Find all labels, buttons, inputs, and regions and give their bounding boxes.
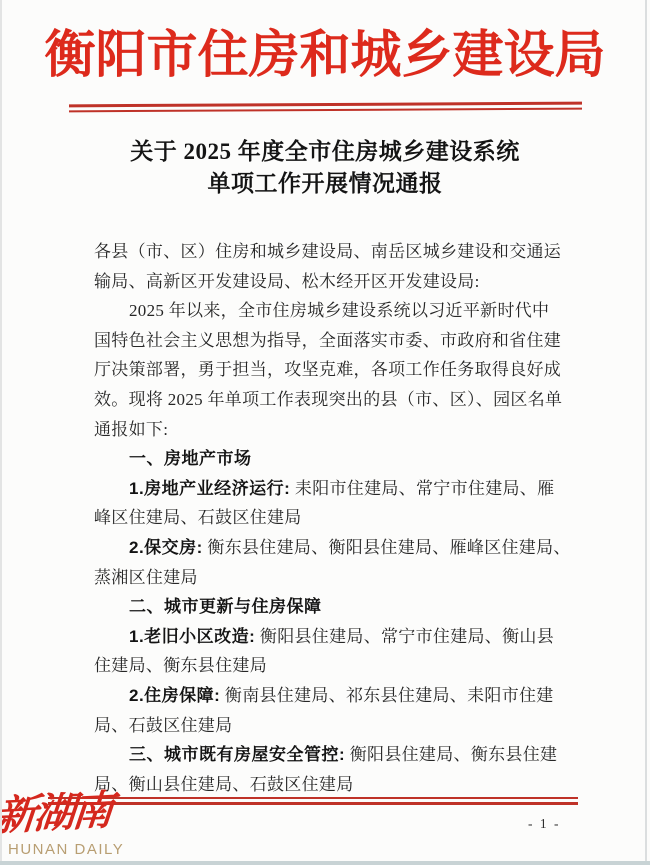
document-title: 关于 2025 年度全市住房城乡建设系统 单项工作开展情况通报 [0, 136, 650, 200]
document-title-line2: 单项工作开展情况通报 [0, 168, 650, 200]
line-regular-text: 耒阳市住建局、常宁市住建局、雁 [290, 479, 554, 498]
document-title-line1: 关于 2025 年度全市住房城乡建设系统 [0, 136, 650, 168]
line-regular-text: 住建局、衡东县住建局 [94, 656, 267, 675]
line-regular-text: 峰区住建局、石鼓区住建局 [94, 508, 302, 527]
line-bold-text: 2.保交房: [129, 538, 203, 557]
body-line: 蒸湘区住建局 [94, 563, 564, 593]
body-line: 住建局、衡东县住建局 [94, 651, 564, 681]
hunan-daily-logo: 新湖南 HUNAN DAILY [0, 786, 134, 862]
line-regular-text: 衡阳县住建局、常宁市住建局、衡山县 [255, 627, 554, 646]
page-number: - 1 - [528, 816, 561, 832]
line-bold-text: 三、城市既有房屋安全管控: [129, 745, 345, 764]
body-line: 峰区住建局、石鼓区住建局 [94, 503, 564, 533]
body-line: 厅决策部署，勇于担当，攻坚克难，各项工作任务取得良好成 [94, 355, 564, 385]
line-regular-text: 各县（市、区）住房和城乡建设局、南岳区城乡建设和交通运 [94, 242, 561, 261]
line-regular-text: 2025 年以来，全市住房城乡建设系统以习近平新时代中 [129, 301, 549, 320]
hunan-daily-logo-en: HUNAN DAILY [8, 841, 124, 858]
line-bold-text: 1.房地产业经济运行: [129, 479, 290, 498]
body-line: 输局、高新区开发建设局、松木经开区开发建设局: [94, 267, 564, 297]
body-line: 局、石鼓区住建局 [94, 711, 564, 741]
line-regular-text: 衡南县住建局、祁东县住建局、耒阳市住建 [220, 686, 553, 705]
line-regular-text: 蒸湘区住建局 [94, 568, 198, 587]
line-regular-text: 衡东县住建局、衡阳县住建局、雁峰区住建局、 [203, 538, 571, 557]
body-line: 一、房地产市场 [94, 444, 564, 474]
agency-masthead-title: 衡阳市住房和城乡建设局 [0, 24, 650, 88]
masthead-rule-top [69, 102, 582, 108]
body-line: 1.老旧小区改造: 衡阳县住建局、常宁市住建局、衡山县 [94, 622, 564, 652]
line-regular-text: 衡阳县住建局、衡东县住建 [345, 745, 557, 764]
body-line: 三、城市既有房屋安全管控: 衡阳县住建局、衡东县住建 [94, 740, 564, 770]
line-bold-text: 2.住房保障: [129, 686, 220, 705]
body-line: 1.房地产业经济运行: 耒阳市住建局、常宁市住建局、雁 [94, 474, 564, 504]
body-line: 国特色社会主义思想为指导，全面落实市委、市政府和省住建 [94, 326, 564, 356]
line-regular-text: 输局、高新区开发建设局、松木经开区开发建设局: [94, 272, 480, 291]
body-line: 效。现将 2025 年单项工作表现突出的县（市、区）、园区名单 [94, 385, 564, 415]
scan-edge-bottom [0, 861, 650, 865]
line-regular-text: 国特色社会主义思想为指导，全面落实市委、市政府和省住建 [94, 331, 561, 350]
line-bold-text: 二、城市更新与住房保障 [129, 597, 322, 616]
line-regular-text: 厅决策部署，勇于担当，攻坚克难，各项工作任务取得良好成 [94, 360, 561, 379]
scan-edge-left [0, 0, 2, 865]
line-bold-text: 1.老旧小区改造: [129, 627, 255, 646]
body-line: 2.保交房: 衡东县住建局、衡阳县住建局、雁峰区住建局、 [94, 533, 564, 563]
body-line: 各县（市、区）住房和城乡建设局、南岳区城乡建设和交通运 [94, 237, 564, 267]
line-regular-text: 局、石鼓区住建局 [94, 716, 232, 735]
hunan-daily-logo-cn: 新湖南 [0, 783, 113, 843]
body-line: 局、衡山县住建局、石鼓区住建局 [94, 770, 564, 800]
body-line: 二、城市更新与住房保障 [94, 592, 564, 622]
line-bold-text: 一、房地产市场 [129, 449, 252, 468]
masthead-rule-bottom [69, 108, 582, 112]
body-line: 通报如下: [94, 415, 564, 445]
line-regular-text: 效。现将 2025 年单项工作表现突出的县（市、区）、园区名单 [94, 390, 562, 409]
line-regular-text: 通报如下: [94, 420, 168, 439]
scan-edge-right [645, 0, 647, 865]
scanned-document-page: 衡阳市住房和城乡建设局 关于 2025 年度全市住房城乡建设系统 单项工作开展情… [0, 0, 650, 865]
body-line: 2025 年以来，全市住房城乡建设系统以习近平新时代中 [94, 296, 564, 326]
document-body: 各县（市、区）住房和城乡建设局、南岳区城乡建设和交通运输局、高新区开发建设局、松… [94, 237, 564, 799]
body-line: 2.住房保障: 衡南县住建局、祁东县住建局、耒阳市住建 [94, 681, 564, 711]
